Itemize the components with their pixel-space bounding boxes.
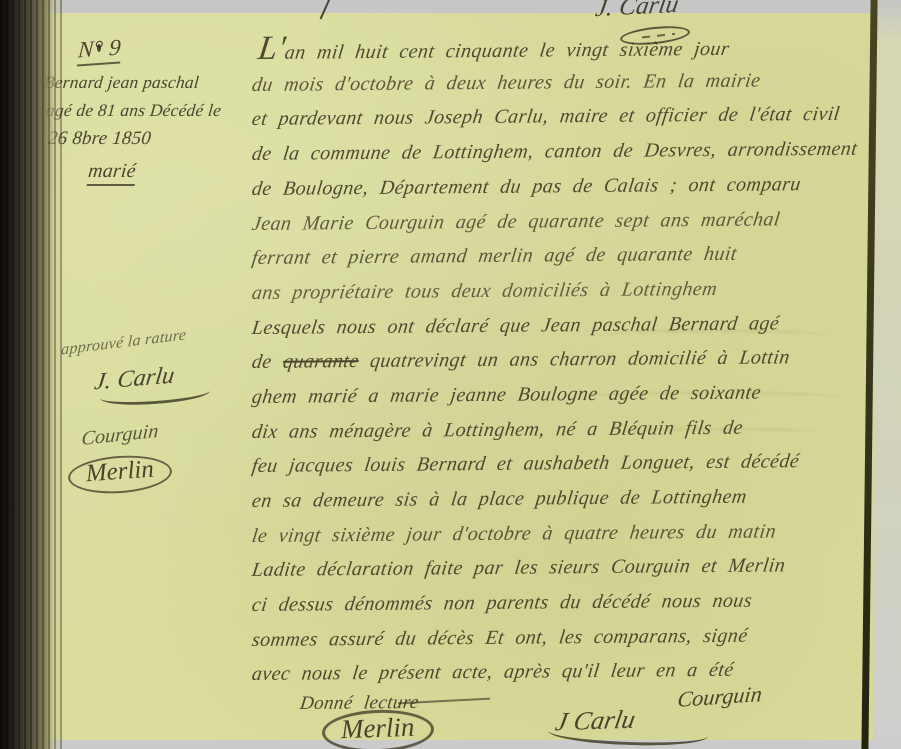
body-line: sommes assuré du décès Et ont, les compa… (250, 625, 749, 652)
body-line: dix ans ménagère à Lottinghem, né a Bléq… (250, 417, 744, 444)
signature-oval: Merlin (67, 452, 173, 496)
ink-speck (97, 44, 101, 52)
body-line: Jean Marie Courguin agé de quarante sept… (250, 208, 781, 236)
body-line: de Boulogne, Département du pas de Calai… (250, 173, 802, 201)
margin-deceased-name: Bernard jean paschal (43, 72, 200, 93)
line-segment: de (251, 351, 285, 373)
margin-deceased-age-date: agé de 81 ans Décédé le (45, 100, 222, 121)
body-line: en sa demeure sis à la place publique de… (250, 486, 748, 513)
bottom-signature-merlin: Merlin (321, 708, 434, 749)
body-line: L'an mil huit cent cinquante le vingt si… (256, 35, 731, 65)
body-line: Ladite déclaration faite par les sieurs … (250, 554, 786, 582)
body-line: ci dessus dénommés non parents du décédé… (250, 590, 753, 617)
scanned-register-page: J. Carlu N° 9 Bernard jean paschal agé d… (0, 0, 901, 749)
body-line: avec nous le présent acte, après qu'il l… (250, 659, 735, 686)
body-line-with-strikeout: de quarante quatrevingt un ans charron d… (250, 346, 791, 374)
body-line: ans propriétaire tous deux domiciliés à … (250, 278, 718, 305)
body-line: feu jacques louis Bernard et aushabeth L… (250, 450, 800, 478)
margin-marital-status: marié (87, 160, 137, 186)
struck-word: quarante (282, 350, 360, 373)
right-scan-strip (873, 0, 901, 749)
body-line: du mois d'octobre à deux heures du soir.… (250, 70, 761, 97)
line-segment: quatrevingt un ans charron domicilié à L… (357, 346, 791, 372)
signature-text: Merlin (85, 456, 155, 488)
body-line: ferrant et pierre amand merlin agé de qu… (250, 243, 738, 270)
body-line: Lesquels nous ont déclaré que Jean pasch… (250, 312, 780, 340)
body-line: le vingt sixième jour d'octobre à quatre… (250, 520, 777, 548)
body-line: ghem marié a marie jeanne Boulogne agée … (250, 382, 762, 409)
signature-flourish (548, 719, 709, 748)
book-binding-edge (0, 0, 64, 749)
signature-oval: Merlin (321, 708, 434, 749)
margin-signature-merlin: Merlin (67, 452, 173, 496)
signature-text: Merlin (340, 712, 415, 745)
